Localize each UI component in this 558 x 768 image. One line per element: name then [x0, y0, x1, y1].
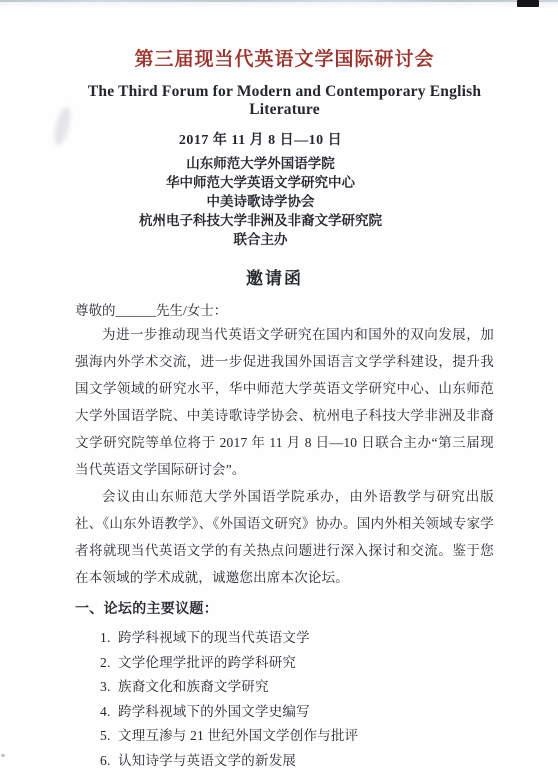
topic-number: 4. [100, 700, 118, 725]
topic-item: 6.认知诗学与英语文学的新发展 [75, 749, 494, 768]
topic-number: 3. [100, 675, 118, 700]
organizer-line: 山东师范大学外国语学院 [51, 154, 470, 173]
topic-number: 1. [100, 626, 118, 651]
body-paragraph: 为进一步推动现当代英语文学研究在国内和国外的双向发展，加强海内外学术交流，进一步… [75, 321, 494, 483]
topics-list: 1.跨学科视域下的现当代英语文学 2.文学伦理学批评的跨学科研究 3.族裔文化和… [75, 626, 494, 768]
conference-title-en: The Third Forum for Modern and Contempor… [75, 83, 494, 119]
body-paragraph: 会议由山东师范大学外国语学院承办，由外语教学与研究出版社、《山东外语教学》、《外… [75, 483, 494, 591]
topic-label: 跨学科视域下的外国文学史编写 [118, 704, 310, 719]
topic-item: 1.跨学科视域下的现当代英语文学 [75, 626, 494, 651]
topic-number: 2. [100, 651, 118, 676]
topic-label: 文学伦理学批评的跨学科研究 [118, 655, 296, 670]
cohost-label: 联合主办 [51, 230, 470, 249]
topic-number: 5. [100, 724, 118, 749]
topic-label: 文理互渗与 21 世纪外国文学创作与批评 [118, 728, 358, 743]
topic-item: 5.文理互渗与 21 世纪外国文学创作与批评 [75, 724, 494, 749]
conference-meta: 2017 年 11 月 8 日—10 日 山东师范大学外国语学院 华中师范大学英… [51, 129, 470, 249]
document-content: 第三届现当代英语文学国际研讨会 The Third Forum for Mode… [0, 0, 558, 768]
conference-date: 2017 年 11 月 8 日—10 日 [51, 129, 470, 149]
letter-heading: 邀请函 [65, 264, 484, 289]
scanned-invitation-page: 第三届现当代英语文学国际研讨会 The Third Forum for Mode… [0, 0, 558, 768]
salutation-line: 尊敬的______先生/女士： [75, 300, 494, 321]
topic-item: 3.族裔文化和族裔文学研究 [75, 675, 494, 700]
organizer-line: 华中师范大学英语文学研究中心 [51, 173, 470, 192]
topic-label: 认知诗学与英语文学的新发展 [118, 753, 296, 768]
organizer-line: 杭州电子科技大学非洲及非裔文学研究院 [51, 211, 470, 230]
topic-label: 跨学科视域下的现当代英语文学 [118, 630, 310, 645]
conference-title-cn: 第三届现当代英语文学国际研讨会 [75, 44, 494, 71]
topics-section-heading: 一、论坛的主要议题： [75, 598, 494, 622]
topic-label: 族裔文化和族裔文学研究 [118, 679, 269, 694]
topic-number: 6. [100, 749, 118, 768]
topic-item: 4.跨学科视域下的外国文学史编写 [75, 700, 494, 725]
topic-item: 2.文学伦理学批评的跨学科研究 [75, 651, 494, 676]
organizer-line: 中美诗歌诗学协会 [51, 192, 470, 211]
